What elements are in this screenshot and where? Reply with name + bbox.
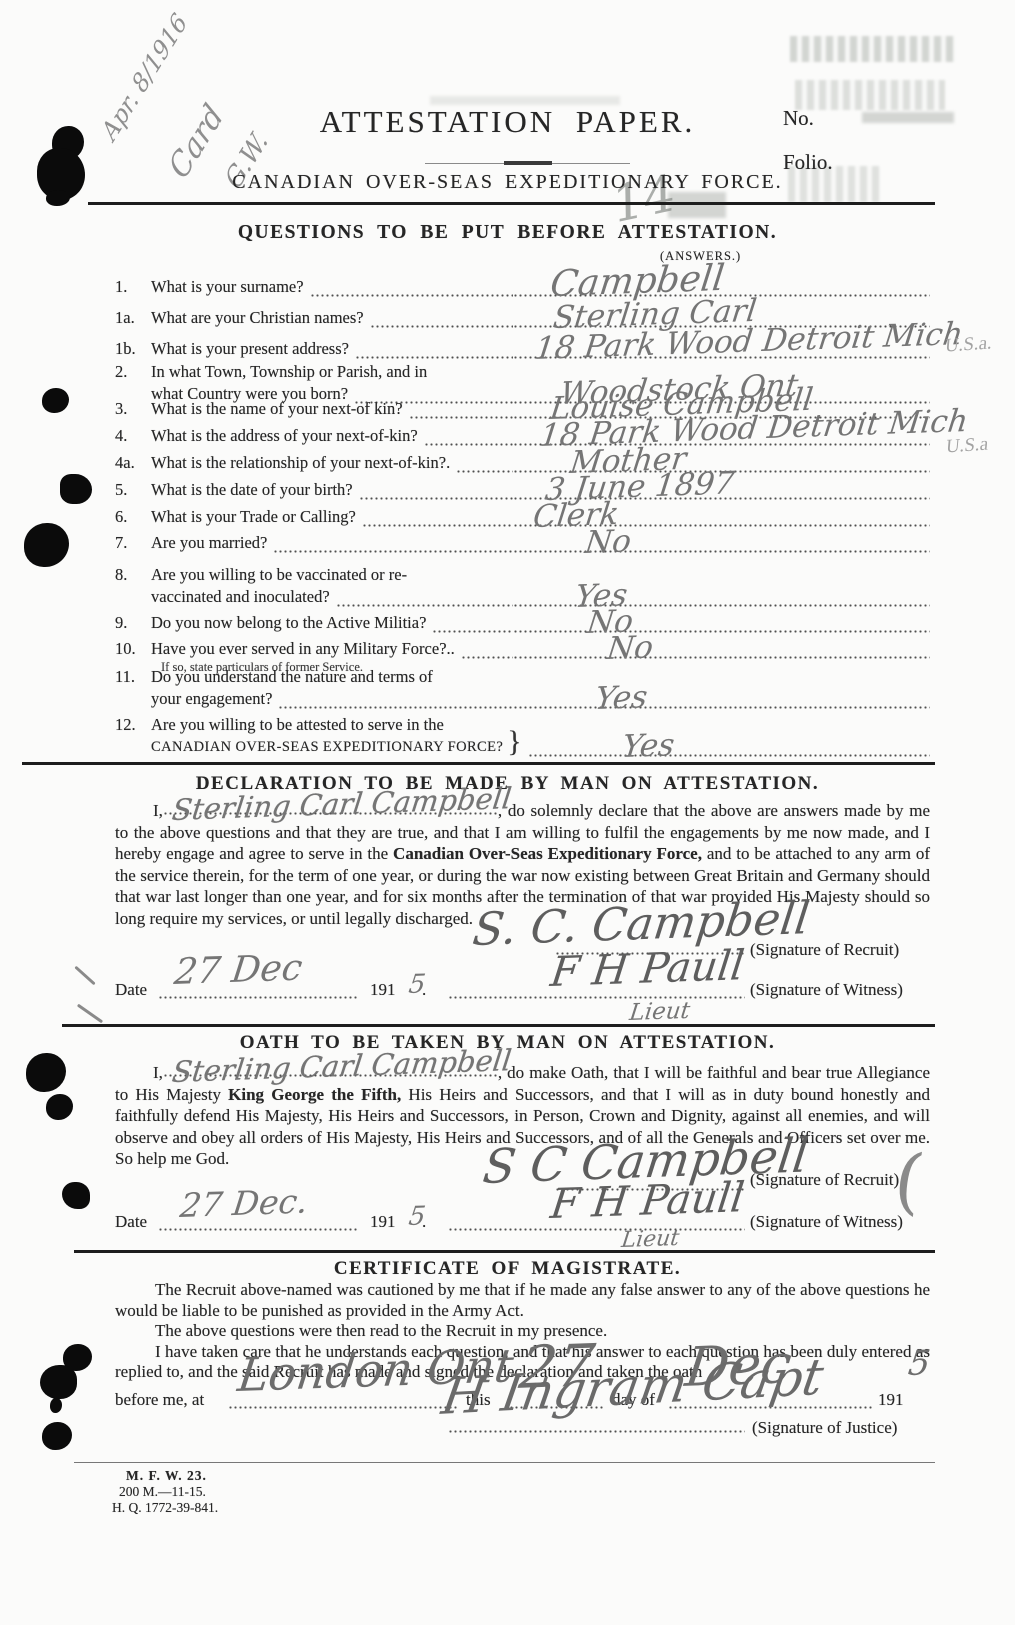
section-rule (22, 762, 935, 765)
form-code-line: 200 M.—11-15. (119, 1484, 218, 1500)
certificate-para1: The Recruit above-named was cautioned by… (115, 1280, 930, 1321)
question-text: Are you married? (151, 532, 267, 554)
question-line: 8.Are you willing to be vaccinated or re… (115, 564, 513, 586)
ink-blot (60, 474, 92, 504)
question-number: 8. (115, 564, 151, 586)
dotted-leader (424, 425, 513, 447)
question-text: What is your Trade or Calling? (151, 506, 356, 528)
question-row: 11.Do you understand the nature and term… (115, 662, 930, 710)
question-number: 9. (115, 612, 151, 634)
question-row: 5.What is the date of your birth? 3 June… (115, 475, 930, 501)
faded-stamp (790, 36, 955, 62)
question-row: 6.What is your Trade or Calling? Clerk (115, 502, 930, 528)
dotted-leader (461, 638, 513, 660)
signature-line (448, 1228, 745, 1232)
question-number: 12. (115, 714, 151, 736)
section-rule (88, 202, 935, 205)
ink-blot (40, 1365, 77, 1399)
question: 4a.What is the relationship of your next… (115, 452, 513, 474)
question-number: 4a. (115, 452, 151, 474)
question-line: 4a.What is the relationship of your next… (115, 452, 513, 474)
declaration-date-handwriting: 27 Dec (172, 947, 305, 993)
pencil-dash (77, 1004, 103, 1024)
question-row: 12.Are you willing to be attested to ser… (115, 712, 930, 758)
question-line: 9.Do you now belong to the Active Militi… (115, 612, 513, 634)
declaration-witness-signature-label: (Signature of Witness) (750, 980, 903, 1000)
question-text: your engagement? (151, 688, 272, 710)
attestation-paper-scan: Apr. 8/1916 Card G.W. 14 ATTESTATION PAP… (0, 0, 1015, 1625)
question: 4.What is the address of your next-of-ki… (115, 425, 513, 447)
oath-year-printed: 191 (370, 1212, 396, 1232)
question-text: Are you willing to be vaccinated or re- (151, 564, 407, 586)
no-label: No. (783, 106, 814, 131)
certificate-para2: The above questions were then read to th… (115, 1321, 930, 1342)
form-codes: M. F. W. 23. 200 M.—11-15. H. Q. 1772-39… (112, 1468, 218, 1516)
question: 11.Do you understand the nature and term… (115, 666, 513, 710)
answer-line: No (513, 608, 930, 634)
dotted-leader (362, 506, 513, 528)
question-number: 10. (115, 638, 151, 660)
oath-year-period: . (422, 1212, 426, 1232)
question: 1.What is your surname? (115, 276, 513, 298)
answer-annotation: U.S.a. (944, 332, 993, 357)
declaration-name-line: Sterling Carl Campbell (163, 798, 498, 816)
question-line: 3.What is the name of your next-of kin? (115, 398, 513, 420)
oath-date-handwriting: 27 Dec. (178, 1181, 310, 1225)
answer-line: No (513, 634, 930, 660)
question-number: 4. (115, 425, 151, 447)
question-number: 11. (115, 666, 151, 688)
oath-name-line: Sterling Carl Campbell (163, 1060, 498, 1078)
declaration-name-handwriting: Sterling Carl Campbell (171, 788, 513, 821)
question-number: 6. (115, 506, 151, 528)
question-text: What are your Christian names? (151, 307, 364, 329)
question-number: 3. (115, 398, 151, 420)
question-line: vaccinated and inoculated? (115, 586, 513, 608)
question: 7.Are you married? (115, 532, 513, 554)
answer-line: No (513, 528, 930, 554)
dotted-leader (409, 398, 513, 420)
question-line: CANADIAN OVER-SEAS EXPEDITIONARY FORCE?} (115, 736, 528, 758)
question-line: 12.Are you willing to be attested to ser… (115, 714, 528, 736)
question: 6.What is your Trade or Calling? (115, 506, 513, 528)
question-text: CANADIAN OVER-SEAS EXPEDITIONARY FORCE? (151, 736, 503, 758)
question-line: 1a.What are your Christian names? (115, 307, 513, 329)
signature-line (448, 1430, 745, 1434)
question-row: 1.What is your surname? Campbell (115, 272, 930, 298)
dotted-leader (370, 307, 513, 329)
question-number: 5. (115, 479, 151, 501)
question-text: Have you ever served in any Military For… (151, 638, 455, 660)
question: 1a.What are your Christian names? (115, 307, 513, 329)
question-line: 5.What is the date of your birth? (115, 479, 513, 501)
question-row: 7.Are you married? No (115, 528, 930, 554)
question-line: 10.Have you ever served in any Military … (115, 638, 513, 660)
answer-annotation: U.S.a (945, 433, 989, 458)
declaration-force-bold: Canadian Over-Seas Expeditionary Force, (393, 844, 702, 863)
question-line: 7.Are you married? (115, 532, 513, 554)
page-subtitle: CANADIAN OVER-SEAS EXPEDITIONARY FORCE. (0, 171, 1015, 194)
question-number: 2. (115, 361, 151, 383)
justice-signature-label: (Signature of Justice) (752, 1418, 897, 1438)
ink-blot (46, 190, 70, 206)
question: 5.What is the date of your birth? (115, 479, 513, 501)
bottom-rule (74, 1462, 935, 1463)
question-text: In what Town, Township or Parish, and in (151, 361, 427, 383)
oath-witness-signature-label: (Signature of Witness) (750, 1212, 903, 1232)
declaration-witness-signature: F H Paull (548, 941, 747, 996)
ink-blot (24, 523, 69, 567)
certificate-heading: CERTIFICATE OF MAGISTRATE. (0, 1258, 1015, 1280)
question: 9.Do you now belong to the Active Militi… (115, 612, 513, 634)
oath-intro: I, (115, 1063, 163, 1082)
question-text: What is the relationship of your next-of… (151, 452, 450, 474)
question-text: vaccinated and inoculated? (151, 586, 330, 608)
question-number: 1a. (115, 307, 151, 329)
ink-blot (26, 1053, 66, 1092)
ink-blot (42, 1422, 72, 1450)
question-text: Do you now belong to the Active Militia? (151, 612, 426, 634)
page-title: ATTESTATION PAPER. (0, 104, 1015, 140)
declaration-date-label: Date (115, 980, 147, 1000)
question-text: What is the address of your next-of-kin? (151, 425, 418, 447)
question: 10.Have you ever served in any Military … (115, 638, 513, 660)
place-line (228, 1406, 458, 1410)
dotted-leader (336, 586, 513, 608)
before-me-label: before me, at (115, 1390, 204, 1410)
declaration-year-period: . (422, 980, 426, 1000)
question-text: What is the name of your next-of kin? (151, 398, 403, 420)
question-line: 11.Do you understand the nature and term… (115, 666, 513, 688)
answer-line: 18 Park Wood Detroit Mich U.S.a (513, 421, 930, 447)
question-line: 6.What is your Trade or Calling? (115, 506, 513, 528)
oath-king-bold: King George the Fifth, (228, 1085, 401, 1104)
question-text: What is the date of your birth? (151, 479, 353, 501)
answer-line: Yes (528, 712, 930, 758)
form-code-line: H. Q. 1772-39-841. (112, 1500, 218, 1516)
question-row: 4a.What is the relationship of your next… (115, 448, 930, 474)
ink-blot (50, 1398, 62, 1413)
oath-recruit-signature-label: (Signature of Recruit) (750, 1170, 899, 1190)
answer-handwriting: Yes (620, 727, 676, 765)
oath-date-label: Date (115, 1212, 147, 1232)
pencil-dash (74, 966, 95, 986)
question-number: 7. (115, 532, 151, 554)
dotted-leader (456, 452, 513, 474)
section-rule (74, 1250, 935, 1253)
question-line: 1.What is your surname? (115, 276, 513, 298)
declaration-witness-rank: Lieut (628, 998, 691, 1026)
ink-blot (42, 388, 69, 413)
oath-witness-signature: F H Paull (548, 1173, 747, 1228)
ink-blot (46, 1094, 73, 1120)
answer-line: Yes (513, 662, 930, 710)
oath-witness-rank: Lieut (620, 1226, 681, 1253)
question-line: your engagement? (115, 688, 513, 710)
signature-line (448, 996, 745, 1000)
question-line: 4.What is the address of your next-of-ki… (115, 425, 513, 447)
declaration-recruit-signature-label: (Signature of Recruit) (750, 940, 899, 960)
question-text: What is your surname? (151, 276, 304, 298)
question: 8.Are you willing to be vaccinated or re… (115, 564, 513, 608)
decorative-rule (425, 163, 630, 164)
faded-smudge (668, 192, 726, 218)
dotted-leader (359, 479, 513, 501)
question-number: 1. (115, 276, 151, 298)
dotted-leader (273, 532, 513, 554)
question-row: 8.Are you willing to be vaccinated or re… (115, 556, 930, 608)
answer-line: Clerk (513, 502, 930, 528)
dotted-leader (432, 612, 513, 634)
question: 3.What is the name of your next-of kin? (115, 398, 513, 420)
date-line (158, 996, 358, 1000)
question-row: 9.Do you now belong to the Active Militi… (115, 608, 930, 634)
question-text: Do you understand the nature and terms o… (151, 666, 433, 688)
form-code-line: M. F. W. 23. (126, 1468, 218, 1484)
question-row: 10.Have you ever served in any Military … (115, 634, 930, 660)
questions-heading: QUESTIONS TO BE PUT BEFORE ATTESTATION. (0, 222, 1015, 244)
dotted-leader (278, 688, 513, 710)
question-text: Are you willing to be attested to serve … (151, 714, 444, 736)
question-line: 2.In what Town, Township or Parish, and … (115, 361, 513, 383)
date-line (158, 1228, 358, 1232)
declaration-intro: I, (115, 801, 163, 820)
section-rule (62, 1024, 935, 1027)
oath-name-handwriting: Sterling Carl Campbell (171, 1050, 513, 1083)
declaration-year-printed: 191 (370, 980, 396, 1000)
certificate-year-printed: 191 (878, 1390, 904, 1410)
question: 12.Are you willing to be attested to ser… (115, 714, 528, 758)
answer-line: Yes (513, 556, 930, 608)
dotted-leader (310, 276, 513, 298)
ink-blot (62, 1182, 90, 1209)
question-row: 4.What is the address of your next-of-ki… (115, 421, 930, 447)
